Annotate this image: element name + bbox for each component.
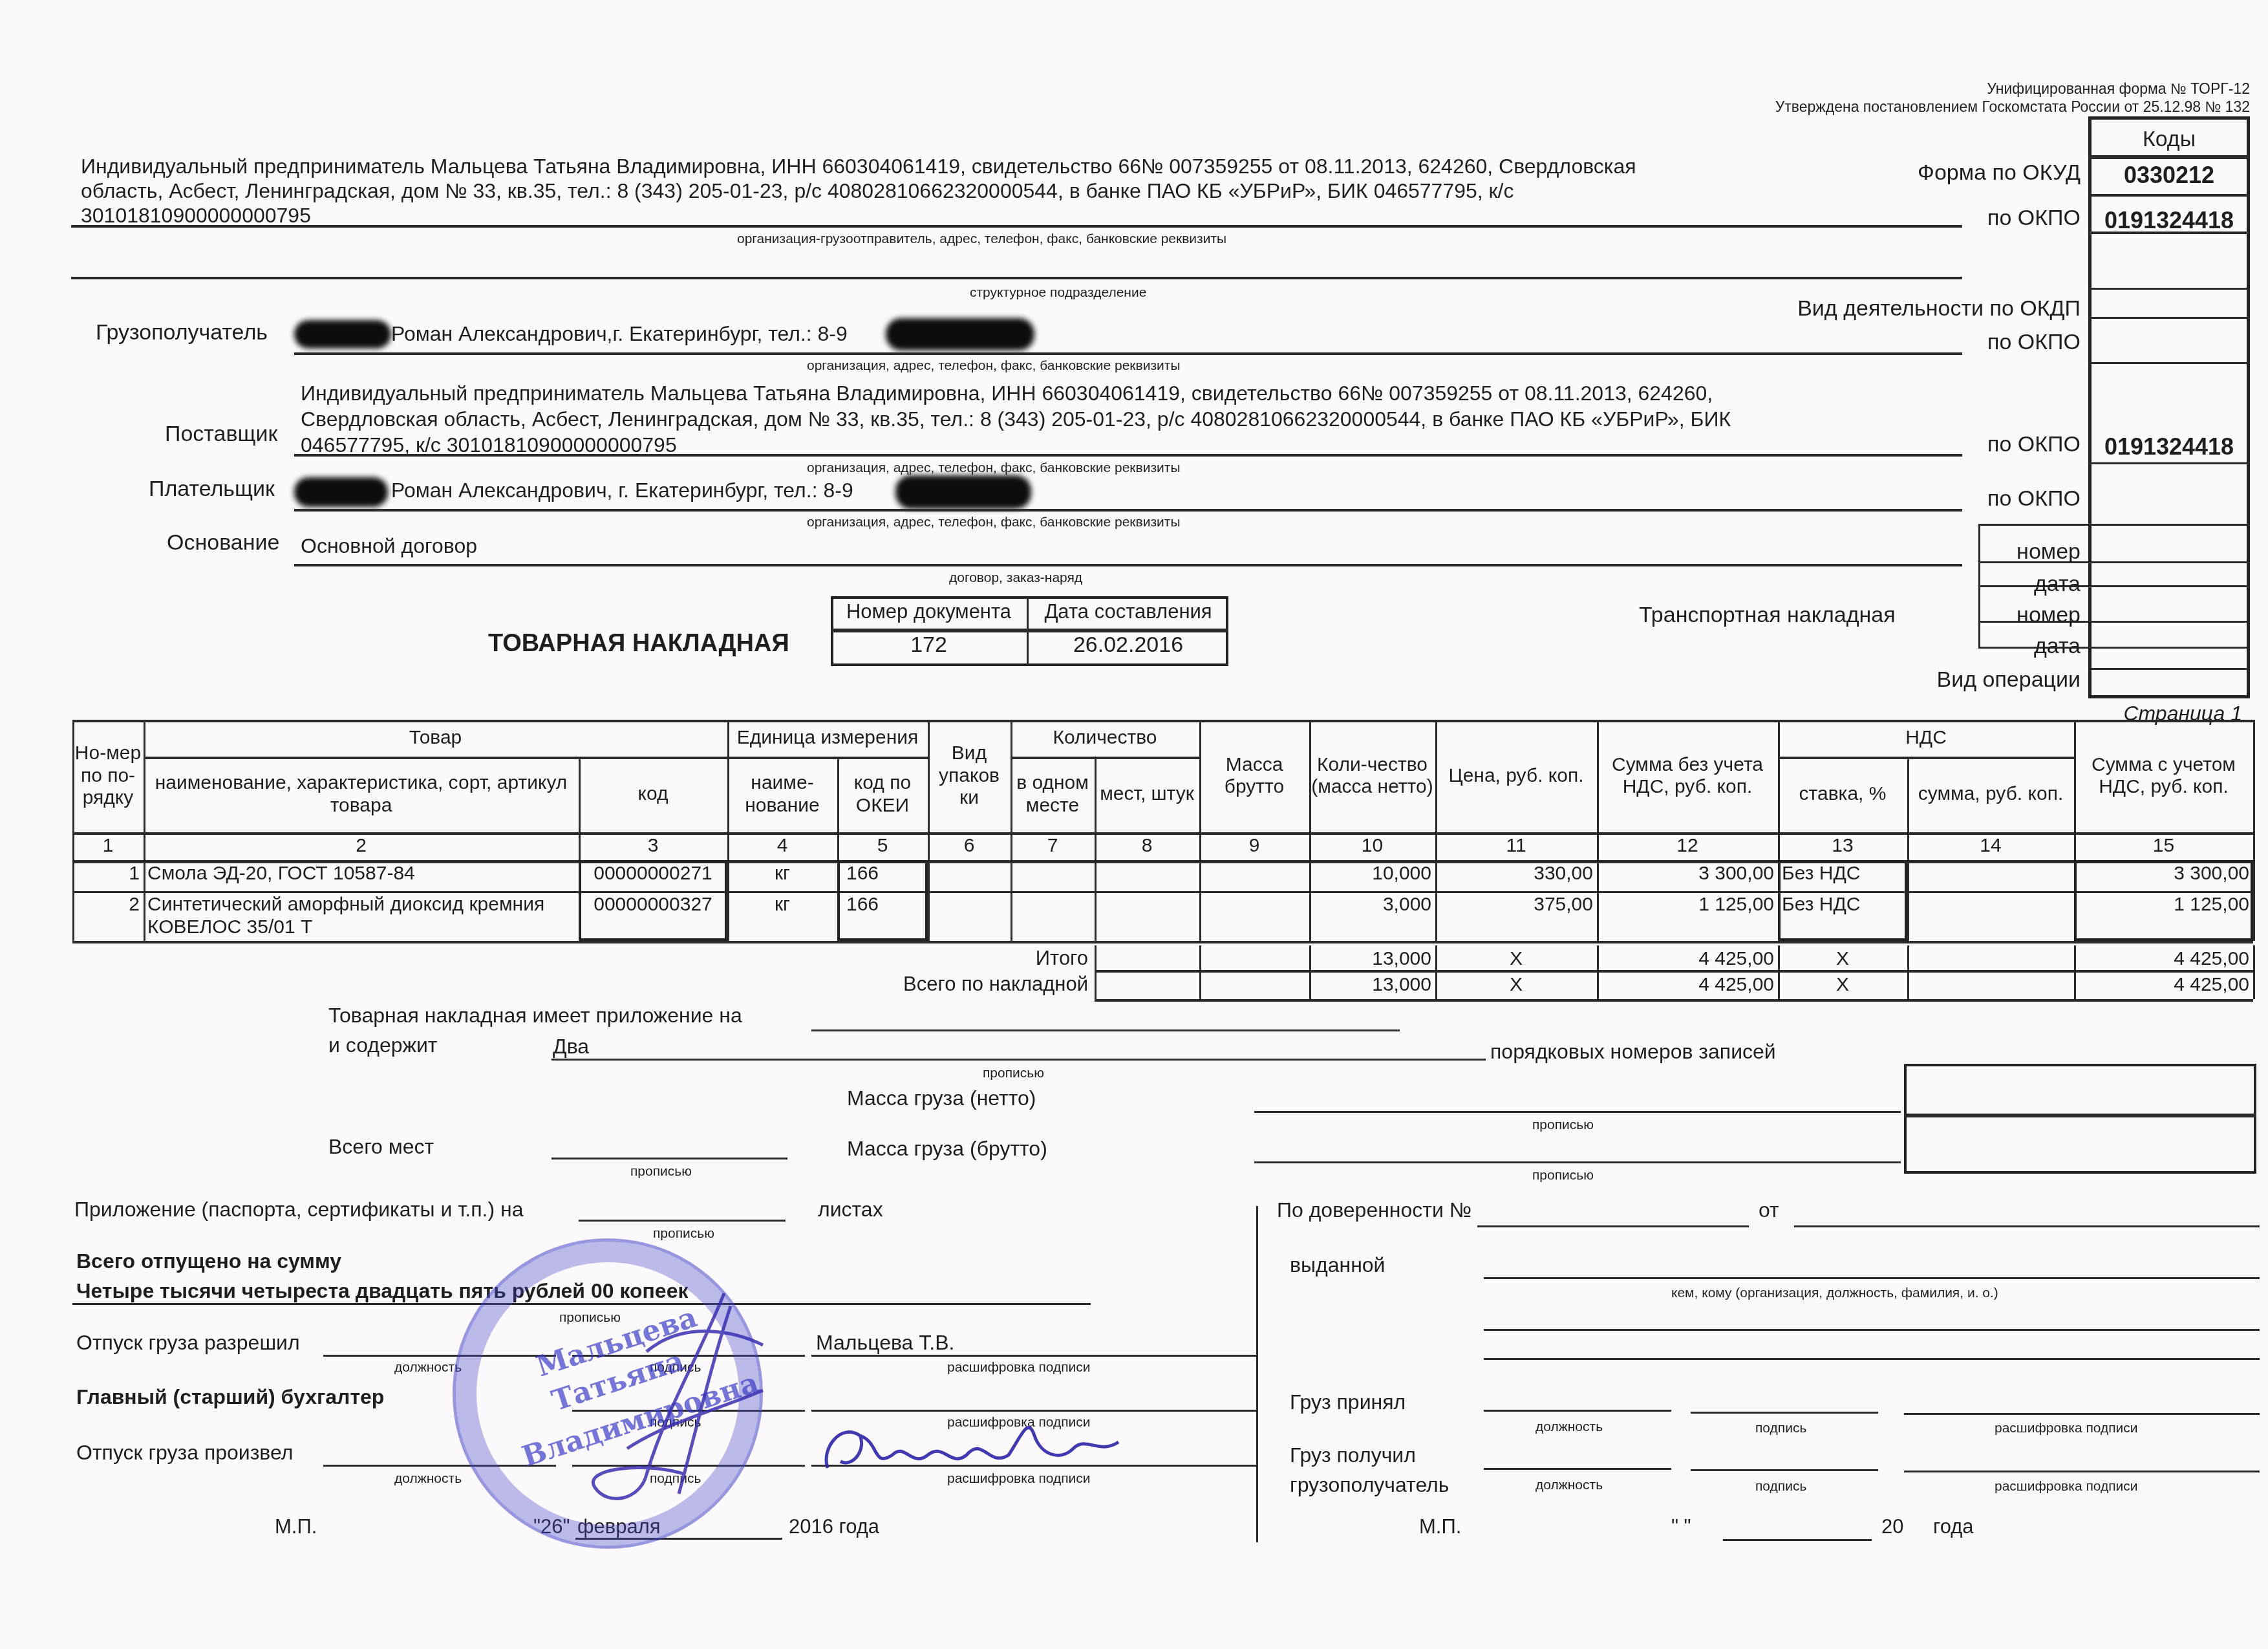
operation-label: Вид операции <box>1937 667 2081 693</box>
shipper-okpo-label: по ОКПО <box>1987 206 2081 231</box>
decode-caption: расшифровка подписи <box>1995 1479 2138 1494</box>
column-number: 7 <box>1011 832 1095 860</box>
gross-mass <box>1199 891 1309 941</box>
col-header-qty-one: в одном месте <box>1011 757 1095 832</box>
column-number: 15 <box>2074 832 2253 860</box>
totals-places <box>1095 945 1199 970</box>
shipper-okpo-value: 0191324418 <box>2088 207 2250 234</box>
okud-value: 0330212 <box>2088 162 2250 189</box>
seal-left: М.П. <box>275 1515 317 1538</box>
right-date-quotes: " " <box>1671 1515 1691 1538</box>
redaction <box>294 320 391 349</box>
shipper-line-3: 30101810900000000795 <box>81 203 1636 228</box>
date-year: 2016 года <box>789 1515 879 1538</box>
basis-value: Основной договор <box>301 534 477 558</box>
net-quantity: 10,000 <box>1309 860 1435 891</box>
column-number: 6 <box>928 832 1011 860</box>
consignee-okpo-label: по ОКПО <box>1987 330 2081 355</box>
row-number: 2 <box>72 891 144 941</box>
consignee-value: Роман Александрович,г. Екатеринбург, тел… <box>391 322 848 346</box>
col-header-vat-rate: ставка, % <box>1778 757 1907 832</box>
column-number: 3 <box>579 832 727 860</box>
col-header-gross: Масса брутто <box>1199 720 1309 832</box>
transport-number-label: номер <box>2017 603 2081 628</box>
col-header-vat-sum: сумма, руб. коп. <box>1907 757 2074 832</box>
col-header-qty: Количество <box>1011 720 1199 757</box>
col-header-sum-no-vat: Сумма без учета НДС, руб. коп. <box>1597 720 1778 832</box>
right-date-year-prefix: 20 <box>1881 1515 1903 1538</box>
price: 330,00 <box>1435 860 1597 891</box>
supplier-caption: организация, адрес, телефон, факс, банко… <box>807 460 1180 476</box>
supplier-okpo-label: по ОКПО <box>1987 432 2081 457</box>
col-header-goods-name: наименование, характеристика, сорт, арти… <box>144 757 579 832</box>
position-caption: должность <box>394 1471 462 1487</box>
codes-header: Коды <box>2088 127 2250 152</box>
signature-caption: подпись <box>1755 1421 1806 1436</box>
issued-caption: кем, кому (организация, должность, фамил… <box>1671 1286 1998 1301</box>
from-label: от <box>1759 1198 1779 1222</box>
qty-one-place <box>1011 891 1095 941</box>
shipper-line-1: Индивидуальный предприниматель Мальцева … <box>81 154 1636 178</box>
basis-date-label: дата <box>2034 572 2081 597</box>
cargo-accepted-label: Груз принял <box>1290 1390 1406 1414</box>
release-made-label: Отпуск груза произвел <box>76 1441 293 1465</box>
col-header-goods-code: код <box>579 757 727 832</box>
doc-date-header: Дата составления <box>1028 600 1228 623</box>
net-mass-label: Масса груза (нетто) <box>847 1086 1036 1110</box>
contains-label: и содержит <box>328 1033 437 1057</box>
position-caption: должность <box>394 1360 462 1375</box>
totals-gross <box>1199 945 1309 970</box>
chief-accountant-label: Главный (старший) бухгалтер <box>76 1385 384 1409</box>
redaction <box>895 475 1031 509</box>
column-number: 8 <box>1095 832 1199 860</box>
form-name: Унифицированная форма № ТОРГ-12 <box>1987 80 2250 98</box>
totals-places <box>1095 971 1199 999</box>
col-header-vat: НДС <box>1778 720 2074 757</box>
totals-label: Итого <box>1036 947 1088 970</box>
vat-sum <box>1907 860 2074 891</box>
basis-caption: договор, заказ-наряд <box>949 570 1082 586</box>
totals-price: X <box>1435 945 1597 970</box>
cargo-received-label-2: грузополучатель <box>1290 1473 1449 1497</box>
product-name[interactable]: Синтетический аморфный диоксид кремния К… <box>144 891 579 941</box>
price: 375,00 <box>1435 891 1597 941</box>
proxy-label: По доверенности № <box>1277 1198 1471 1222</box>
totals-sum-vat: 4 425,00 <box>2074 945 2253 970</box>
col-header-pack: Вид упаков ки <box>928 720 1011 832</box>
totals-vat-rate: X <box>1778 945 1907 970</box>
col-header-net: Коли-чество (масса нетто) <box>1309 720 1435 832</box>
doc-number-header: Номер документа <box>831 600 1027 623</box>
totals-label: Всего по накладной <box>903 973 1088 996</box>
basis-number-label: номер <box>2017 539 2081 565</box>
okud-label: Форма по ОКУД <box>1918 160 2081 186</box>
col-header-price: Цена, руб. коп. <box>1435 720 1597 832</box>
totals-vat-sum <box>1907 971 2074 999</box>
sum-no-vat: 1 125,00 <box>1597 891 1778 941</box>
qty-one-place <box>1011 860 1095 891</box>
cargo-received-label-1: Груз получил <box>1290 1443 1416 1467</box>
qty-places <box>1095 891 1199 941</box>
totals-sum-no-vat: 4 425,00 <box>1597 945 1778 970</box>
total-released-label: Всего отпущено на сумму <box>76 1249 341 1273</box>
net-quantity: 3,000 <box>1309 891 1435 941</box>
supplier-label: Поставщик <box>165 422 277 447</box>
column-number: 10 <box>1309 832 1435 860</box>
unit-name: кг <box>727 860 837 891</box>
unit-name: кг <box>727 891 837 941</box>
basis-label: Основание <box>167 530 279 555</box>
transport-date-label: дата <box>2034 634 2081 659</box>
release-allowed-name[interactable]: Мальцева Т.В. <box>816 1331 954 1355</box>
consignee-caption: организация, адрес, телефон, факс, банко… <box>807 358 1180 374</box>
totals-vat-sum <box>1907 945 2074 970</box>
supplier-line-2: Свердловская область, Асбест, Ленинградс… <box>301 406 1731 432</box>
shipper-caption: организация-грузоотправитель, адрес, тел… <box>737 232 1226 247</box>
contains-value[interactable]: Два <box>553 1035 589 1059</box>
issued-label: выданной <box>1290 1253 1385 1277</box>
col-header-unit-okei: код по ОКЕИ <box>837 757 928 832</box>
col-header-goods: Товар <box>144 720 727 757</box>
vat-sum <box>1907 891 2074 941</box>
signature-handwritten-icon <box>802 1397 1138 1481</box>
position-caption: должность <box>1535 1419 1603 1435</box>
in-words-caption: прописью <box>1532 1168 1594 1183</box>
column-number: 14 <box>1907 832 2074 860</box>
col-header-unit-name: наиме-нование <box>727 757 837 832</box>
seal-right: М.П. <box>1419 1515 1461 1538</box>
gross-mass <box>1199 860 1309 891</box>
attachment-label: Товарная накладная имеет приложение на <box>328 1004 742 1028</box>
places-label: Всего мест <box>328 1135 434 1159</box>
totals-sum-no-vat: 4 425,00 <box>1597 971 1778 999</box>
in-words-caption: прописью <box>653 1226 714 1242</box>
gross-mass-label: Масса груза (брутто) <box>847 1137 1047 1161</box>
qty-places <box>1095 860 1199 891</box>
decode-caption: расшифровка подписи <box>1995 1421 2138 1436</box>
decode-caption: расшифровка подписи <box>947 1360 1091 1375</box>
right-date-year-suffix: года <box>1933 1515 1974 1538</box>
pack-type <box>928 860 1011 891</box>
in-words-caption: прописью <box>1532 1117 1594 1133</box>
column-number: 2 <box>144 832 579 860</box>
shipper-block: Индивидуальный предприниматель Мальцева … <box>81 154 1636 228</box>
codes-box <box>2088 116 2250 698</box>
column-number: 5 <box>837 832 928 860</box>
position-caption: должность <box>1535 1478 1603 1493</box>
totals-sum-vat: 4 425,00 <box>2074 971 2253 999</box>
transport-label: Транспортная накладная <box>1639 603 1896 628</box>
doc-number[interactable]: 172 <box>831 632 1027 658</box>
column-number: 12 <box>1597 832 1778 860</box>
signature-scribble-icon <box>569 1280 789 1526</box>
records-label: порядковых номеров записей <box>1490 1040 1776 1064</box>
document-title: ТОВАРНАЯ НАКЛАДНАЯ <box>488 630 789 658</box>
totals-price: X <box>1435 971 1597 999</box>
payer-okpo-label: по ОКПО <box>1987 486 2081 512</box>
doc-date[interactable]: 26.02.2016 <box>1028 632 1228 658</box>
column-number: 9 <box>1199 832 1309 860</box>
mass-box <box>1904 1064 2256 1174</box>
column-number: 1 <box>72 832 144 860</box>
totals-net: 13,000 <box>1309 971 1435 999</box>
col-header-qty-places: мест, штук <box>1095 757 1199 832</box>
column-number: 4 <box>727 832 837 860</box>
division-caption: структурное подразделение <box>970 285 1146 301</box>
shipper-line-2: область, Асбест, Ленинградская, дом № 33… <box>81 178 1636 203</box>
payer-label: Плательщик <box>149 477 275 502</box>
release-allowed-label: Отпуск груза разрешил <box>76 1331 300 1355</box>
column-number: 13 <box>1778 832 1907 860</box>
sheets-label: листах <box>818 1198 883 1222</box>
product-name[interactable]: Смола ЭД-20, ГОСТ 10587-84 <box>144 860 579 891</box>
redaction <box>294 477 388 507</box>
totals-net: 13,000 <box>1309 945 1435 970</box>
col-header-unit: Единица измерения <box>727 720 928 757</box>
pack-type <box>928 891 1011 941</box>
supplier-block: Индивидуальный предприниматель Мальцева … <box>301 380 1731 458</box>
row-number: 1 <box>72 860 144 891</box>
sum-no-vat: 3 300,00 <box>1597 860 1778 891</box>
payer-value: Роман Александрович, г. Екатеринбург, те… <box>391 479 853 502</box>
appendix-label: Приложение (паспорта, сертификаты и т.п.… <box>74 1198 523 1222</box>
form-approval: Утверждена постановлением Госкомстата Ро… <box>1775 98 2250 116</box>
in-words-caption: прописью <box>630 1164 692 1180</box>
supplier-okpo-value: 0191324418 <box>2088 433 2250 460</box>
col-header-num: Но-мер по по-рядку <box>72 720 144 832</box>
col-header-sum-vat: Сумма с учетом НДС, руб. коп. <box>2074 720 2253 832</box>
okdp-label: Вид деятельности по ОКДП <box>1797 296 2081 321</box>
supplier-line-1: Индивидуальный предприниматель Мальцева … <box>301 380 1731 406</box>
totals-vat-rate: X <box>1778 971 1907 999</box>
column-number: 11 <box>1435 832 1597 860</box>
totals-gross <box>1199 971 1309 999</box>
redaction <box>886 318 1034 350</box>
signature-caption: подпись <box>1755 1479 1806 1494</box>
in-words-caption: прописью <box>983 1066 1044 1081</box>
payer-caption: организация, адрес, телефон, факс, банко… <box>807 515 1180 530</box>
consignee-label: Грузополучатель <box>96 320 268 345</box>
